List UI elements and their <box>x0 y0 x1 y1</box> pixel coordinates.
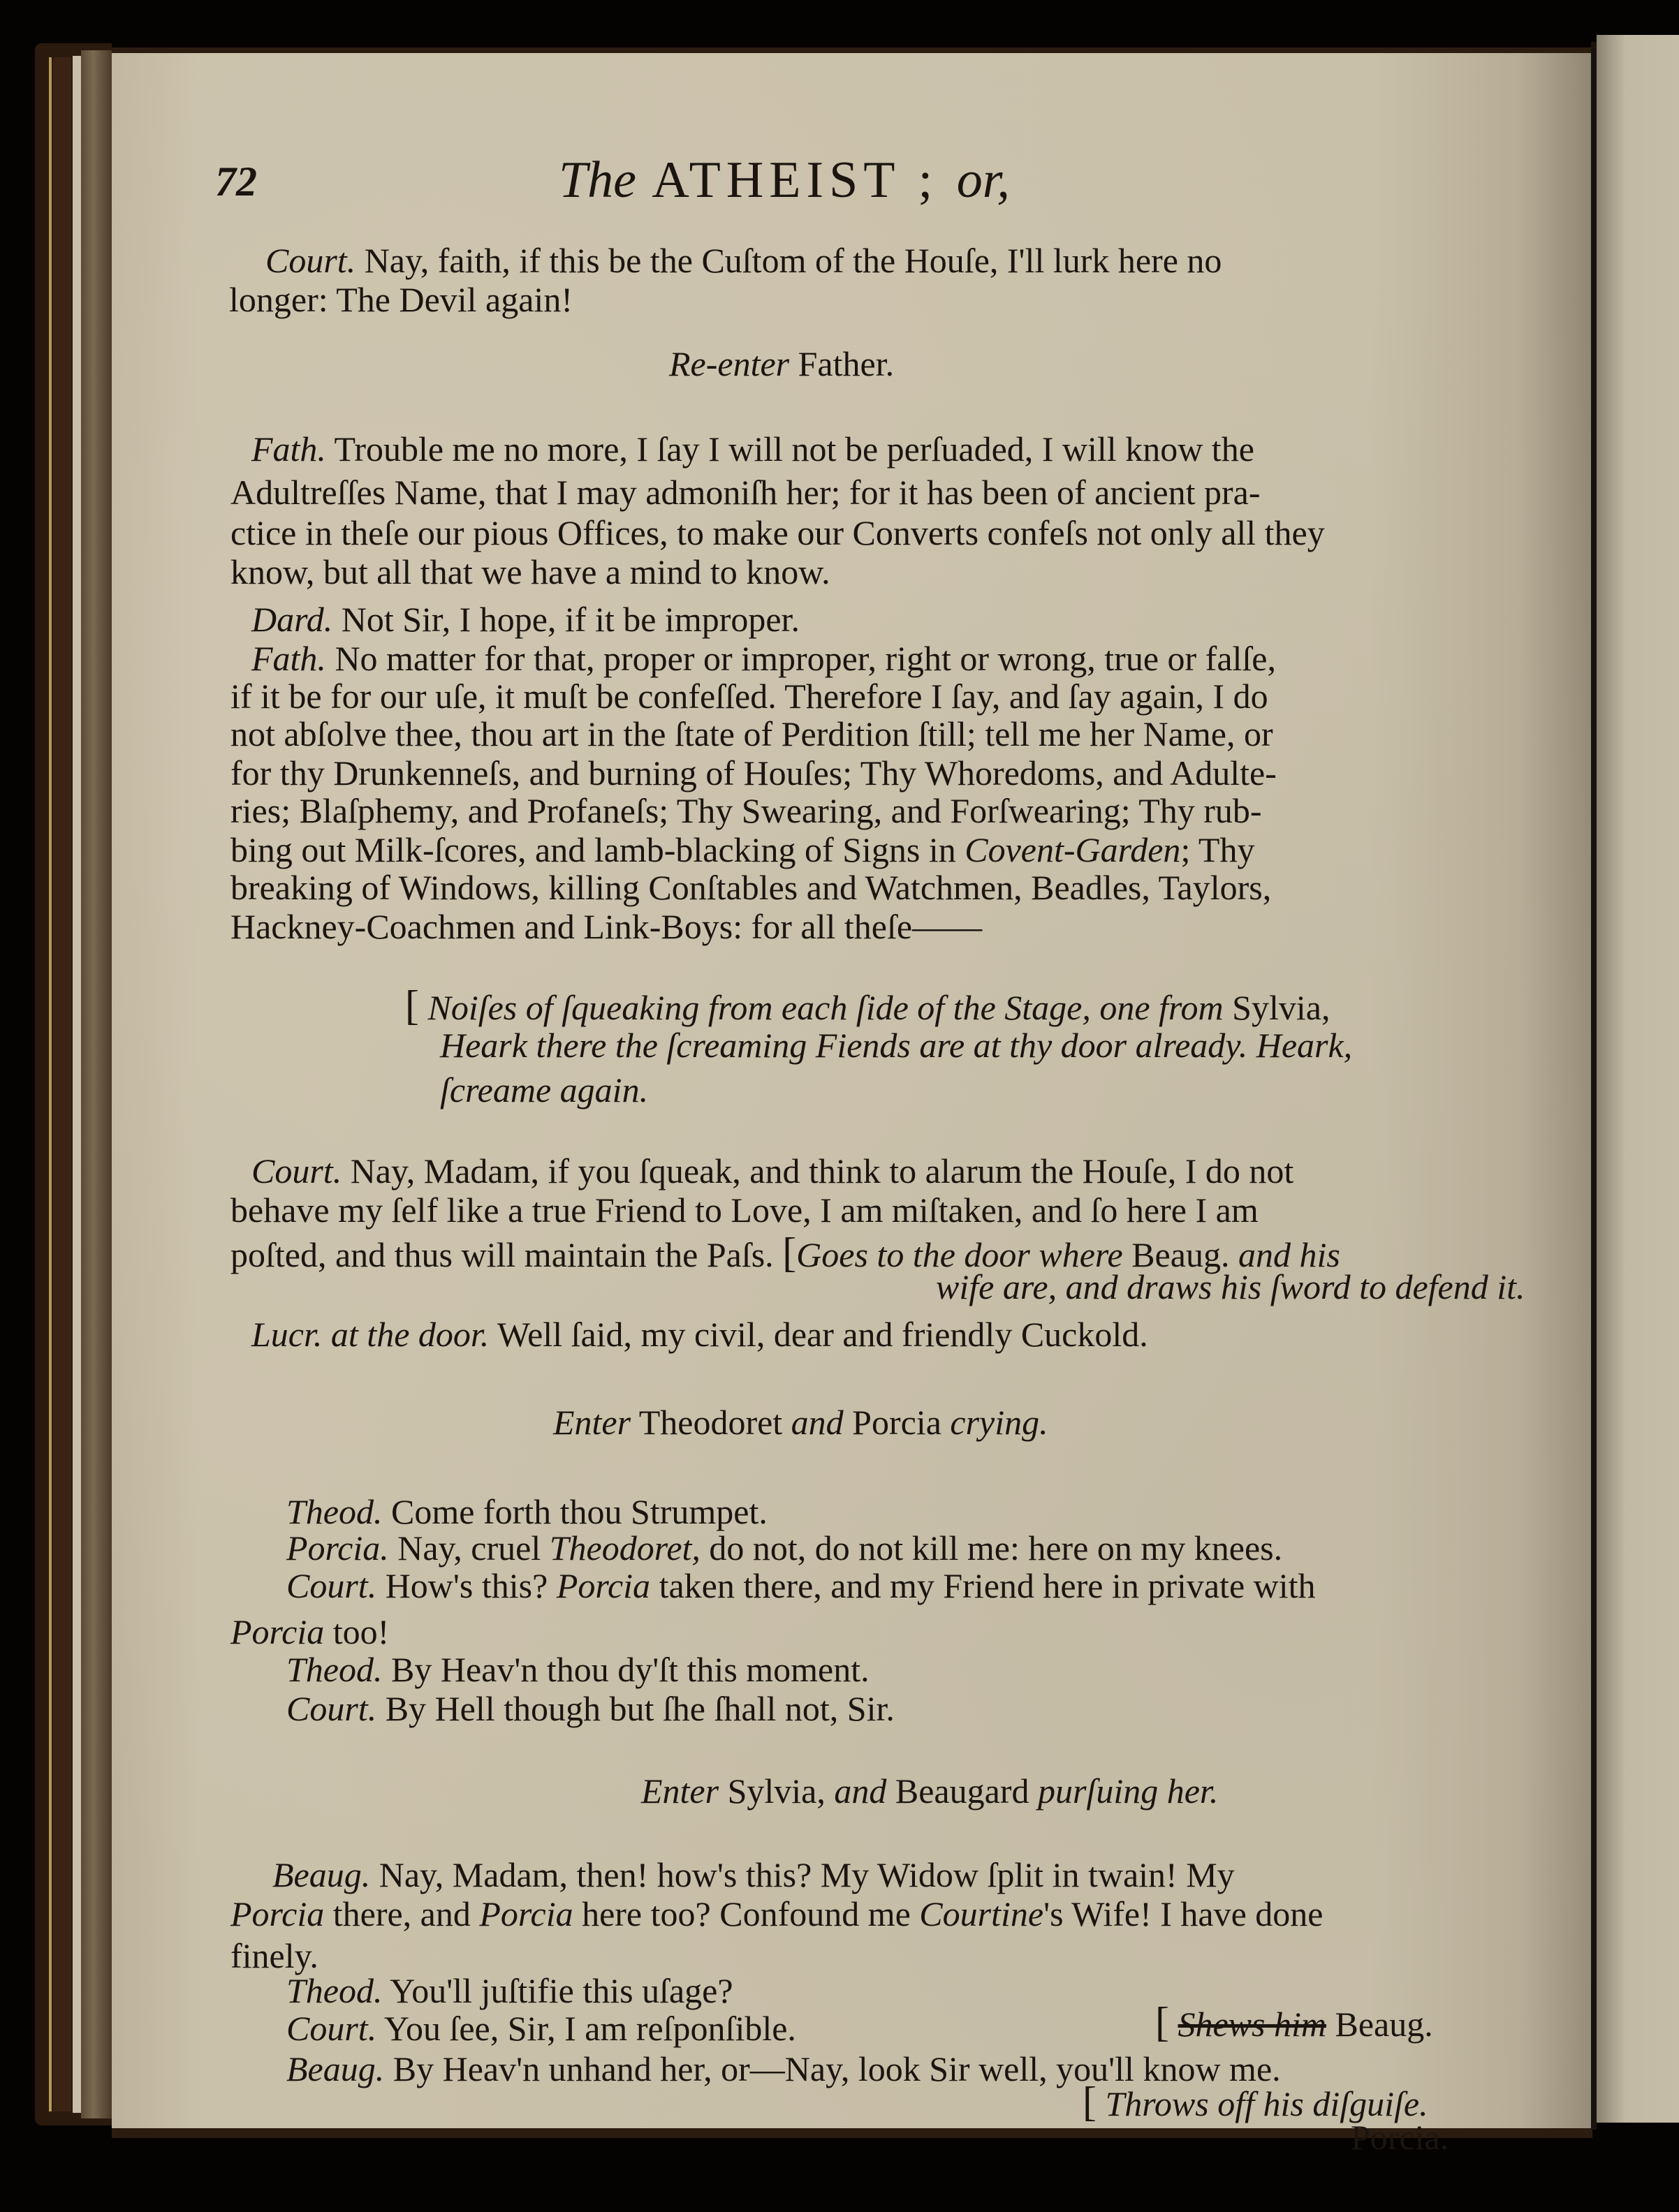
speaker: Theod. <box>286 1650 383 1689</box>
stage-direction: [ Shews him Beaug. <box>1155 2001 1433 2043</box>
speech-line: Court. You ſee, Sir, I am reſponſible. <box>286 2011 796 2046</box>
speaker: Court. <box>286 2009 376 2048</box>
page-edge <box>73 56 81 2113</box>
speech-line: Theod. You'll juſtifie this uſage? <box>286 1973 733 2008</box>
speech-line: finely. <box>230 1938 318 1973</box>
speech-line: bing out Milk-ſcores, and lamb-blacking … <box>230 832 1254 867</box>
stage-direction: Enter Sylvia, and Beaugard purſuing her. <box>641 1774 1218 1808</box>
speech-line: Fath. Trouble me no more, I ſay I will n… <box>251 432 1254 466</box>
speech-line: Theod. Come forth thou Strumpet. <box>286 1494 768 1529</box>
speech-line: Porcia there, and Porcia here too? Confo… <box>230 1896 1323 1931</box>
speech-line: breaking of Windows, killing Conſtables … <box>230 870 1271 905</box>
book-page: 72 The ATHEIST ; or, Court. Nay, faith, … <box>112 47 1592 2138</box>
speech-line: Court. Nay, Madam, if you ſqueak, and th… <box>251 1153 1293 1188</box>
running-head-title: ATHEIST <box>652 152 900 209</box>
speech-line: not abſolve thee, thou art in the ſtate … <box>230 716 1273 751</box>
speaker: Fath. <box>251 639 326 678</box>
running-head-sep: ; <box>918 152 939 209</box>
speaker: Court. <box>286 1566 376 1605</box>
leather-cover <box>53 57 71 2111</box>
speaker: Court. <box>286 1689 376 1728</box>
speaker: Theod. <box>286 1492 383 1531</box>
speech-line: ctice in theſe our pious Offices, to mak… <box>230 515 1325 550</box>
speech-line: know, but all that we have a mind to kno… <box>230 554 830 589</box>
book-gutter <box>1591 42 1597 2130</box>
speaker: Dard. <box>251 600 332 639</box>
speech-line: behave my ſelf like a true Friend to Lov… <box>230 1193 1259 1227</box>
speech-line: Dard. Not Sir, I hope, if it be improper… <box>251 602 800 637</box>
speaker: Beaug. <box>286 2049 384 2088</box>
speaker: Fath. <box>251 429 326 469</box>
speech-line: Porcia too! <box>230 1614 389 1649</box>
speaker: Porcia. <box>286 1528 389 1568</box>
speech-line: Adultreſſes Name, that I may admoniſh he… <box>230 475 1261 510</box>
stage-direction: Re-enter Father. <box>669 346 894 381</box>
catchword: Porcia. <box>1351 2120 1449 2155</box>
speech-line: Fath. No matter for that, proper or impr… <box>251 641 1276 676</box>
speech-line: Lucr. at the door. Well ſaid, my civil, … <box>251 1317 1148 1352</box>
speech-line: ries; Blaſphemy, and Profaneſs; Thy Swea… <box>230 793 1262 828</box>
gold-rule <box>49 57 52 2111</box>
speech-line: Beaug. Nay, Madam, then! how's this? My … <box>272 1857 1235 1892</box>
speaker: Court. <box>265 241 355 280</box>
facing-page <box>1597 35 1679 2123</box>
stage-direction: wife are, and draws his ſword to defend … <box>936 1269 1525 1304</box>
speech-line: for thy Drunkenneſs, and burning of Houſ… <box>230 755 1277 790</box>
stage-direction: [ Throws off his diſguiſe. <box>1083 2081 1428 2123</box>
speech-line: Court. Nay, faith, if this be the Cuſtom… <box>265 243 1222 278</box>
page-text: 72 The ATHEIST ; or, Court. Nay, faith, … <box>112 53 1592 2128</box>
speech-line: Court. By Hell though but ſhe ſhall not,… <box>286 1691 895 1726</box>
page-stack <box>81 50 112 2118</box>
speech-line: if it be for our uſe, it muſt be confeſſ… <box>230 679 1268 714</box>
speaker: Theod. <box>286 1971 383 2010</box>
speech-line: Hackney-Coachmen and Link-Boys: for all … <box>230 909 982 944</box>
book-scan: 72 The ATHEIST ; or, Court. Nay, faith, … <box>0 0 1679 2212</box>
book-binding <box>35 43 112 2125</box>
running-head-or: or, <box>957 152 1010 209</box>
stage-direction: [ Noiſes of ſqueaking from each ſide of … <box>405 985 1330 1026</box>
page-number: 72 <box>215 158 257 206</box>
stage-direction: Enter Theodoret and Porcia crying. <box>553 1405 1048 1440</box>
place-name: Covent-Garden <box>965 830 1180 869</box>
stage-direction: Heark there the ſcreaming Fiends are at … <box>440 1028 1352 1063</box>
speaker: Beaug. <box>272 1855 370 1894</box>
speech-line: Court. How's this? Porcia taken there, a… <box>286 1568 1316 1603</box>
speech-line: Porcia. Nay, cruel Theodoret, do not, do… <box>286 1531 1282 1565</box>
running-head: The ATHEIST ; or, <box>559 151 1010 210</box>
speaker: Lucr. at the door. <box>251 1315 489 1354</box>
speech-line: longer: The Devil again! <box>229 282 573 317</box>
stage-direction: ſcreame again. <box>440 1072 648 1107</box>
running-head-the: The <box>559 152 636 209</box>
speaker: Court. <box>251 1151 342 1190</box>
speech-line: Theod. By Heav'n thou dy'ſt this moment. <box>286 1652 870 1687</box>
